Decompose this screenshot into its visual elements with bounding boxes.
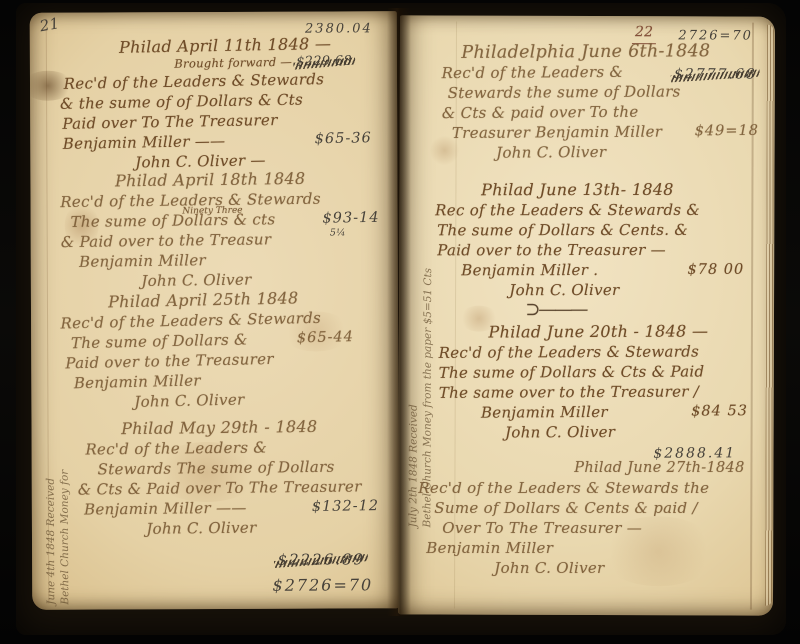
page-total: $2726=70 bbox=[272, 575, 373, 595]
entry-date: Philad June 27th-1848 bbox=[574, 458, 757, 478]
note-text: Brought forward — bbox=[174, 55, 292, 71]
ledger-entry: Philad April 11th 1848 — Brought forward… bbox=[59, 33, 382, 174]
ledger-line: Treasurer Benjamin Miller $49=18 bbox=[452, 121, 759, 143]
ledger-line: & Cts & paid over To the bbox=[442, 101, 759, 123]
margin-note-line: Bethel Church Money from the paper $5=51… bbox=[420, 268, 435, 528]
ledger-entry: Philad April 18th 1848 Rec'd of the Lead… bbox=[60, 168, 383, 292]
line-text: Benjamin Miller —— bbox=[84, 499, 247, 519]
entry-amount: $78 00 bbox=[687, 260, 744, 280]
ledger-entry: Philad June 13th- 1848 Rec of the Leader… bbox=[425, 180, 758, 321]
ledger-line: Paid over to the Treasurer — bbox=[437, 240, 758, 261]
margin-note-line: Bethel Church Money for bbox=[58, 470, 73, 605]
entry-amount: $132-12 bbox=[312, 496, 379, 517]
ledger-line: Over To The Treasurer — bbox=[442, 518, 757, 538]
interline-note: Ninety Three bbox=[182, 201, 242, 222]
line-text: Benjamin Miller . bbox=[461, 261, 598, 279]
signature: John C. Oliver bbox=[146, 516, 383, 539]
ledger-entry: Philad April 25th 1848 Rec'd of the Lead… bbox=[60, 286, 384, 413]
ledger-entry: Philadelphia June 6th-1848 Rec'd of the … bbox=[425, 41, 759, 163]
page-number: 21 bbox=[38, 13, 61, 36]
ledger-line: Benjamin Miller . $78 00 bbox=[461, 260, 758, 281]
crossed-amount: $229.68 bbox=[296, 55, 352, 70]
entry-amount: $65-44 bbox=[297, 327, 354, 348]
ledger-entry: Philad May 29th - 1848 Rec'd of the Lead… bbox=[61, 416, 383, 540]
line-text: Benjamin Miller —— bbox=[63, 132, 226, 153]
signature: John C. Oliver bbox=[505, 421, 758, 442]
signature: John C. Oliver bbox=[494, 558, 757, 578]
ledger-line: Rec'd of the Leaders & Stewards bbox=[439, 341, 758, 363]
ledger-line: The sume of Dollars & Cts & Paid bbox=[439, 361, 758, 383]
ledger-line: Benjamin Miller $84 53 bbox=[481, 401, 758, 422]
crossed-page-total: $2226.89 bbox=[277, 549, 365, 569]
ledger-line: Rec'd of the Leaders & Stewards the bbox=[418, 478, 757, 498]
signature: John C. Oliver bbox=[496, 141, 759, 163]
ledger-scan: 21 2380.04 Philad April 11th 1848 — Brou… bbox=[0, 0, 800, 644]
ledger-line: Benjamin Miller bbox=[426, 538, 757, 558]
ledger-line: Rec of the Leaders & Stewards & bbox=[435, 200, 758, 221]
ledger-line: Stewards the sume of Dollars bbox=[448, 81, 759, 103]
book-gutter-shadow bbox=[387, 8, 411, 616]
signature: John C. Oliver bbox=[134, 386, 383, 411]
line-text: The sume of Dollars & cts bbox=[70, 210, 275, 231]
page-edge-stack bbox=[765, 25, 774, 606]
signature: John C. Oliver bbox=[509, 280, 758, 300]
entry-amount: $49=18 bbox=[695, 121, 759, 141]
entry-amount: $65-36 bbox=[315, 128, 372, 149]
margin-note-line: June 4th 1848 Received bbox=[44, 470, 59, 605]
margin-note: June 4th 1848 Received Bethel Church Mon… bbox=[44, 470, 73, 605]
pen-flourish: ⊃——— bbox=[525, 300, 758, 320]
ledger-line: The same over to the Treasurer / bbox=[439, 381, 758, 403]
line-text: Benjamin Miller bbox=[481, 403, 608, 422]
entry-amount: $84 53 bbox=[691, 401, 748, 421]
right-page: 22 2726=70 $2777.68 Philadelphia June 6t… bbox=[398, 15, 775, 615]
entry-date: Philad June 13th- 1848 bbox=[481, 180, 758, 200]
left-page: 21 2380.04 Philad April 11th 1848 — Brou… bbox=[30, 11, 400, 610]
ledger-line: The sume of Dollars & Cents. & bbox=[437, 220, 758, 241]
ledger-line: Sume of Dollars & Cents & paid / bbox=[434, 498, 757, 518]
line-text: Treasurer Benjamin Miller bbox=[452, 123, 662, 142]
entry-date: Philadelphia June 6th-1848 bbox=[461, 41, 758, 63]
ledger-entry: Philad June 20th - 1848 — Rec'd of the L… bbox=[424, 321, 758, 443]
entry-date: Philad June 20th - 1848 — bbox=[488, 321, 757, 342]
ledger-line: Rec'd of the Leaders & bbox=[441, 61, 758, 83]
ledger-entry: Philad June 27th-1848 Rec'd of the Leade… bbox=[424, 458, 757, 578]
